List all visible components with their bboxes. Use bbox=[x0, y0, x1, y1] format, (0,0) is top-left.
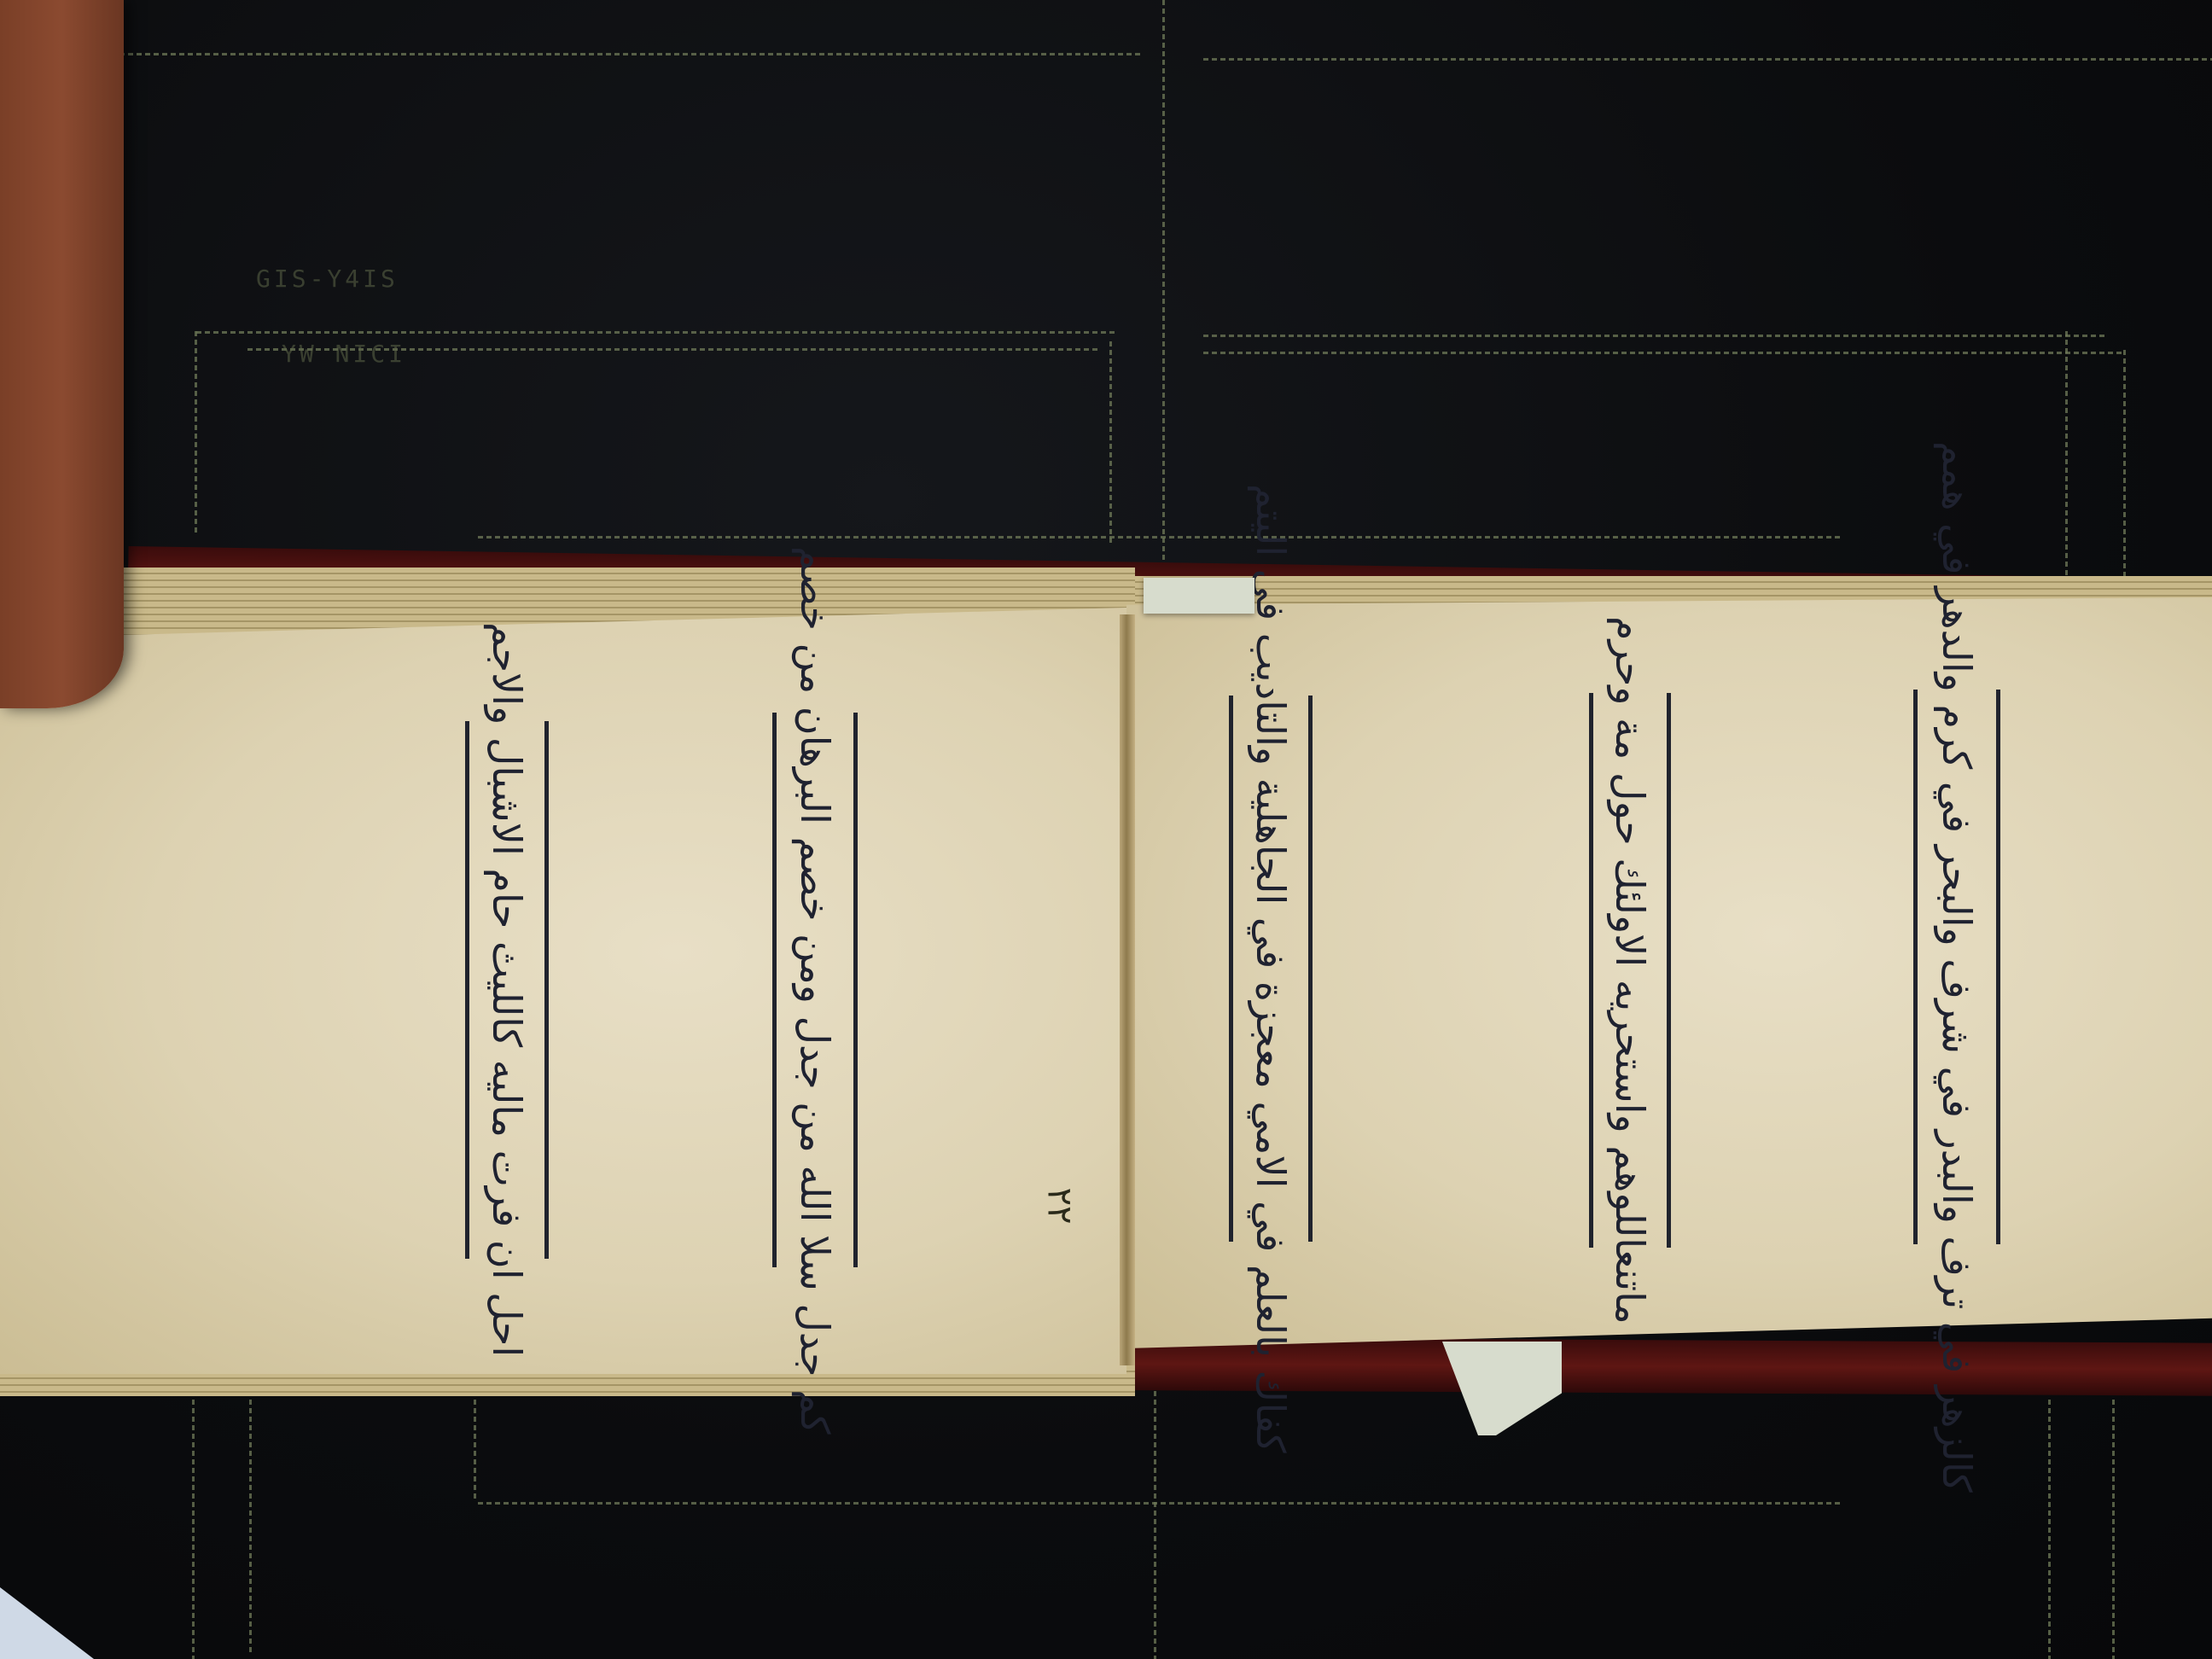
tooling-line bbox=[119, 53, 1144, 55]
tooling-line bbox=[2123, 350, 2126, 580]
tooling-line bbox=[474, 1382, 476, 1502]
tooling-line bbox=[2065, 331, 2068, 579]
tooling-line bbox=[195, 331, 197, 536]
tooling-line bbox=[1162, 0, 1165, 614]
arabic-verse: كم جدل سلا الله من جدل ومن خصم البرهان م… bbox=[795, 546, 835, 1435]
tooling-line bbox=[1109, 341, 1112, 546]
arabic-verse: كالزهر في ترف والبدر في شرف والبحر في كر… bbox=[1937, 441, 1976, 1493]
arabic-verse: كفاك بالعلم في الامي معجزة في الجاهلية و… bbox=[1251, 484, 1290, 1453]
text-line: احل ان فرت ماليه كالليث حام الاشبال والا… bbox=[465, 721, 549, 1259]
text-line: كم جدل سلا الله من جدل ومن خصم البرهان م… bbox=[772, 713, 858, 1267]
tooling-line bbox=[196, 331, 1118, 334]
tooling-line bbox=[478, 1502, 1843, 1505]
leather-stamp-line1: GIS-Y4IS bbox=[256, 265, 399, 293]
leather-stamp-line2: YW NICI bbox=[282, 340, 406, 368]
tooling-line bbox=[2112, 1400, 2115, 1659]
text-line: كفاك بالعلم في الامي معجزة في الجاهلية و… bbox=[1229, 696, 1313, 1242]
tooling-line bbox=[192, 1400, 195, 1659]
tooling-line bbox=[1154, 1382, 1156, 1659]
tooling-line bbox=[1203, 335, 2108, 337]
arabic-verse: احل ان فرت ماليه كالليث حام الاشبال والا… bbox=[487, 622, 527, 1357]
paper-tab-top bbox=[1144, 578, 1254, 614]
tooling-line bbox=[2048, 1400, 2051, 1659]
tooling-line bbox=[249, 1400, 252, 1656]
text-line: كالزهر في ترف والبدر في شرف والبحر في كر… bbox=[1913, 690, 2000, 1244]
left-page bbox=[0, 608, 1126, 1374]
folio-number: ٢٢ bbox=[1039, 1188, 1079, 1225]
arabic-verse: ماتنعاللوهم واستحريه الاولئك حول مة وحرم bbox=[1610, 616, 1650, 1324]
text-line: ماتنعاللوهم واستحريه الاولئك حول مة وحرم bbox=[1589, 693, 1671, 1248]
tooling-line bbox=[1203, 352, 2125, 354]
thumb bbox=[0, 0, 124, 708]
tooling-line bbox=[1203, 58, 2212, 61]
spine-gutter bbox=[1120, 614, 1135, 1365]
tooling-line bbox=[478, 536, 1843, 538]
